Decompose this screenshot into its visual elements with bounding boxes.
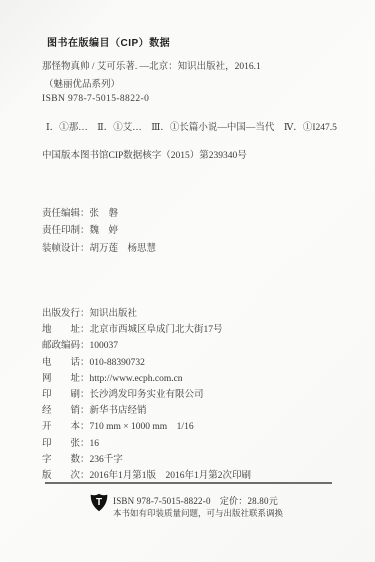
cip-isbn-line: ISBN 978-7-5015-8822-0 <box>42 94 149 104</box>
publication-value: 010-88390732 <box>90 355 145 371</box>
footer-quality-note: 本书如有印装质量问题，可与出版社联系调换 <box>113 507 283 519</box>
publication-row: 地 址： 北京市西城区阜成门北大街17号 <box>42 322 251 338</box>
staff-value: 魏 婷 <box>90 223 119 240</box>
publication-label: 印 刷： <box>42 387 90 403</box>
cip-header: 图书在版编目（CIP）数据 <box>47 34 170 49</box>
logo-letter: T <box>96 497 102 508</box>
publication-label: 地 址： <box>42 322 90 338</box>
publication-value: 16 <box>90 436 100 452</box>
publication-row: 网 址： http://www.ecph.com.cn <box>42 371 251 387</box>
publication-label: 印 张： <box>42 436 90 452</box>
publication-label: 字 数： <box>42 452 90 468</box>
cip-classification-line: Ⅰ．①那… Ⅱ．①艾… Ⅲ．①长篇小说—中国—当代 Ⅳ．①I247.5 <box>46 119 337 133</box>
publication-row: 印 刷： 长沙鸿发印务实业有限公司 <box>42 387 251 403</box>
copyright-page: 图书在版编目（CIP）数据 那怪物真帅 / 艾可乐著. —北京：知识出版社，20… <box>0 0 375 562</box>
publication-label: 网 址： <box>42 371 90 387</box>
publisher-shield-logo-icon: T <box>90 493 108 512</box>
cip-series-line: （魅丽优品系列） <box>44 76 120 90</box>
staff-value: 胡万莲 杨思慧 <box>90 241 157 258</box>
publication-value: 北京市西城区阜成门北大街17号 <box>90 322 223 338</box>
staff-label: 责任编辑： <box>42 206 90 223</box>
cip-record-line: 中国版本图书馆CIP数据核字（2015）第239340号 <box>42 147 247 161</box>
publication-label: 开 本： <box>42 419 90 435</box>
publication-row: 印 张： 16 <box>42 436 251 452</box>
publication-label: 邮政编码： <box>42 338 90 354</box>
footer-divider <box>45 482 332 484</box>
footer-isbn-price: ISBN 978-7-5015-8822-0 定价：28.80元 <box>113 494 278 507</box>
staff-list: 责任编辑： 张 磐 责任印制： 魏 婷 装帧设计： 胡万莲 杨思慧 <box>42 206 156 258</box>
publication-list: 出版发行： 知识出版社 地 址： 北京市西城区阜成门北大街17号 邮政编码： 1… <box>42 306 251 484</box>
publication-value: 710 mm × 1000 mm 1/16 <box>90 419 194 435</box>
publication-row: 字 数： 236千字 <box>42 452 251 468</box>
staff-row: 装帧设计： 胡万莲 杨思慧 <box>42 241 156 258</box>
publication-label: 经 销： <box>42 403 90 419</box>
publication-value: 236千字 <box>90 452 123 468</box>
publication-value: 长沙鸿发印务实业有限公司 <box>90 387 204 403</box>
publication-value: 100037 <box>90 338 119 354</box>
staff-label: 责任印制： <box>42 223 90 240</box>
publication-value: 知识出版社 <box>90 306 138 322</box>
publication-row: 邮政编码： 100037 <box>42 338 251 354</box>
publication-row: 经 销： 新华书店经销 <box>42 403 251 419</box>
staff-row: 责任编辑： 张 磐 <box>42 206 156 223</box>
staff-value: 张 磐 <box>90 206 119 223</box>
staff-label: 装帧设计： <box>42 241 90 258</box>
publication-label: 出版发行： <box>42 306 90 322</box>
publication-row: 电 话： 010-88390732 <box>42 355 251 371</box>
staff-row: 责任印制： 魏 婷 <box>42 223 156 240</box>
publication-row: 开 本： 710 mm × 1000 mm 1/16 <box>42 419 251 435</box>
publication-label: 电 话： <box>42 355 90 371</box>
publication-value: 新华书店经销 <box>90 403 147 419</box>
publication-row: 出版发行： 知识出版社 <box>42 306 251 322</box>
publication-value: http://www.ecph.com.cn <box>90 371 183 387</box>
cip-title-line: 那怪物真帅 / 艾可乐著. —北京：知识出版社，2016.1 <box>42 58 261 72</box>
